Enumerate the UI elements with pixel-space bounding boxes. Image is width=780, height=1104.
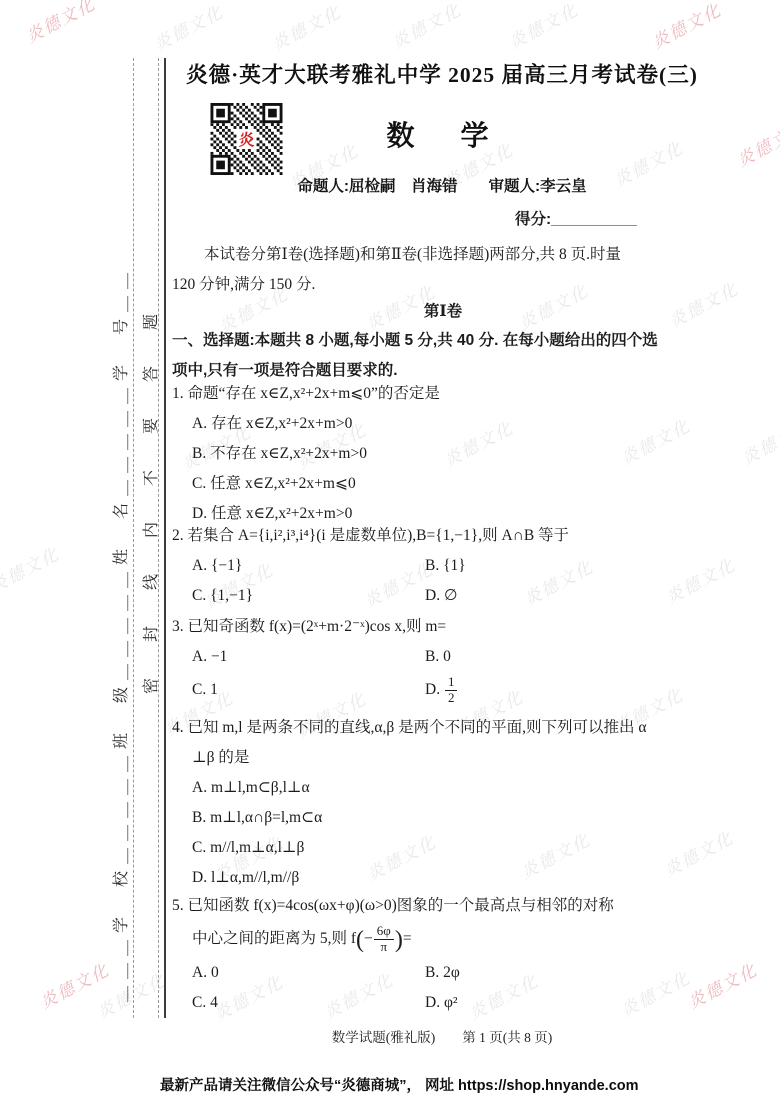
promo-footer: 最新产品请关注微信公众号“炎德商城”， 网址 https://shop.hnya… [160,1074,720,1095]
watermark-text: 炎德文化 [21,0,100,47]
seal-dashed-line-left [133,58,134,1018]
seal-notice-strip: 密 封 线 内 不 要 答 题 [138,294,161,694]
question-2-option-d: D. ∅ [425,581,714,611]
fraction-6phi-over-pi: 6φπ [374,924,394,955]
question-1-option-b: B. 不存在 x∈Z,x²+2x+m>0 [172,439,714,469]
question-2-option-c: C. {1,−1} [192,581,425,611]
question-5-option-d: D. φ² [425,988,714,1018]
question-1-option-c: C. 任意 x∈Z,x²+2x+m⩽0 [172,469,714,499]
question-5-stem-line-1: 5. 已知函数 f(x)=4cos(ωx+φ)(ω>0)图象的一个最高点与相邻的… [172,891,714,921]
watermark-text: 炎德文化 [737,412,780,470]
question-4: 4. 已知 m,l 是两条不同的直线,α,β 是两个不同的平面,则下列可以推出 … [172,713,714,893]
question-3-stem: 3. 已知奇函数 f(x)=(2ˣ+m·2⁻ˣ)cos x,则 m= [172,612,714,642]
question-2-option-b: B. {1} [425,551,714,581]
watermark-text: 炎德文化 [387,0,466,53]
right-paren: ) [395,927,403,953]
exam-paper-page: 炎德文化炎德文化炎德文化炎德文化炎德文化炎德文化炎德文化炎德文化炎德文化炎德文化… [0,0,780,1104]
score-row: 得分: [515,207,637,229]
question-5-option-c: C. 4 [192,988,425,1018]
question-4-stem-line-2: ⊥β 的是 [172,743,714,773]
left-paren: ( [356,927,364,953]
watermark-text: 炎德文化 [149,0,228,55]
question-4-option-a: A. m⊥l,m⊂β,l⊥α [172,773,714,803]
question-2-option-a: A. {−1} [192,551,425,581]
question-3-option-a: A. −1 [192,642,425,672]
question-1-option-a: A. 存在 x∈Z,x²+2x+m>0 [172,409,714,439]
section-heading: 一、选择题:本题共 8 小题,每小题 5 分,共 40 分. 在每小题给出的四个… [172,326,714,386]
intro-line-1: 本试卷分第Ⅰ卷(选择题)和第Ⅱ卷(非选择题)两部分,共 8 页.时量 [172,240,714,270]
authors-line: 命题人:屈检嗣 肖海错 审题人:李云皇 [172,174,712,196]
margin-solid-line [164,58,166,1018]
question-4-option-d: D. l⊥α,m//l,m//β [172,863,714,893]
watermark-text: 炎德文化 [267,0,346,55]
intro-line-2: 120 分钟,满分 150 分. [172,270,714,300]
question-3-option-d: D. 12 [425,672,714,708]
watermark-text: 炎德文化 [0,540,63,598]
question-5: 5. 已知函数 f(x)=4cos(ωx+φ)(ω>0)图象的一个最高点与相邻的… [172,891,714,1018]
watermark-text: 炎德文化 [732,114,780,172]
question-5-option-b: B. 2φ [425,958,714,988]
question-3-option-c: C. 1 [192,672,425,708]
student-info-strip: ＿＿＿学 校＿＿＿＿＿班 级＿＿＿＿＿姓 名＿＿＿＿＿学 号＿＿ [108,262,131,1002]
question-4-option-c: C. m//l,m⊥α,l⊥β [172,833,714,863]
question-1-stem: 1. 命题“存在 x∈Z,x²+2x+m⩽0”的否定是 [172,379,714,409]
fraction-one-half: 12 [445,675,458,706]
part-heading: 第Ⅰ卷 [172,297,714,327]
watermark-text: 炎德文化 [504,0,583,53]
score-blank-line [551,209,637,226]
page-footer: 数学试题(雅礼版) 第 1 页(共 8 页) [172,1026,712,1046]
section-line-1: 一、选择题:本题共 8 小题,每小题 5 分,共 40 分. 在每小题给出的四个… [172,326,714,356]
question-5-option-a: A. 0 [192,958,425,988]
question-4-stem-line-1: 4. 已知 m,l 是两条不同的直线,α,β 是两个不同的平面,则下列可以推出 … [172,713,714,743]
question-4-option-b: B. m⊥l,α∩β=l,m⊂α [172,803,714,833]
exam-title: 炎德·英才大联考雅礼中学 2025 届高三月考试卷(三) [172,58,712,89]
watermark-text: 炎德文化 [35,956,114,1014]
question-1: 1. 命题“存在 x∈Z,x²+2x+m⩽0”的否定是 A. 存在 x∈Z,x²… [172,379,714,529]
watermark-text: 炎德文化 [647,0,726,53]
question-2-stem: 2. 若集合 A={i,i²,i³,i⁴}(i 是虚数单位),B={1,−1},… [172,521,714,551]
subject-title: 数 学 [172,114,712,154]
question-5-stem-line-2: 中心之间的距离为 5,则 f(−6φπ)= [172,921,714,958]
intro-paragraph: 本试卷分第Ⅰ卷(选择题)和第Ⅱ卷(非选择题)两部分,共 8 页.时量 120 分… [172,240,714,300]
score-label: 得分: [515,211,551,228]
question-3-option-b: B. 0 [425,642,714,672]
question-3: 3. 已知奇函数 f(x)=(2ˣ+m·2⁻ˣ)cos x,则 m= A. −1… [172,612,714,708]
question-2: 2. 若集合 A={i,i²,i³,i⁴}(i 是虚数单位),B={1,−1},… [172,521,714,611]
